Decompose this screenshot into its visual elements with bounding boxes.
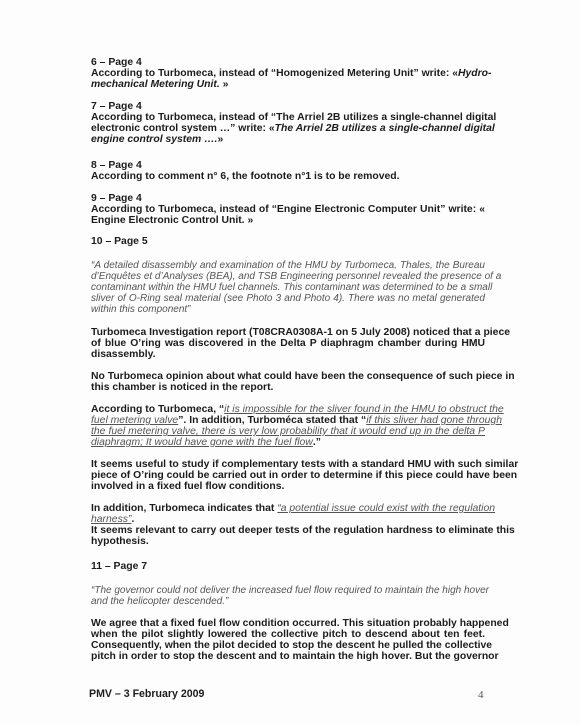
paragraph-investigation-report: Turbomeca Investigation report (T08CRA03… (91, 327, 485, 360)
document-page: 6 – Page 4 According to Turbomeca, inste… (0, 0, 580, 725)
section-heading-8: 8 – Page 4 (91, 160, 142, 171)
section-body-8: According to comment n° 6, the footnote … (91, 171, 485, 182)
section-heading-6: 6 – Page 4 (91, 57, 142, 68)
section-heading-9: 9 – Page 4 (91, 193, 142, 204)
section-heading-10: 10 – Page 5 (91, 236, 148, 247)
section-body-7: According to Turbomeca, instead of “The … (91, 112, 485, 145)
paragraph-no-opinion: No Turbomeca opinion about what could ha… (91, 371, 485, 393)
section-heading-7: 7 – Page 4 (91, 101, 142, 112)
section-body-9: According to Turbomeca, instead of “Engi… (91, 204, 485, 226)
paragraph-regulation-harness: In addition, Turbomeca indicates that “a… (91, 503, 485, 547)
paragraph-complementary-tests: It seems useful to study if complementar… (91, 459, 485, 492)
footer-author-date: PMV – 3 February 2009 (89, 688, 204, 700)
section-body-6: According to Turbomeca, instead of “Homo… (91, 68, 485, 90)
quote-governor: “The governor could not deliver the incr… (91, 585, 485, 607)
paragraph-fixed-fuel-flow: We agree that a fixed fuel flow conditio… (91, 618, 485, 662)
page-number: 4 (478, 689, 484, 701)
section-heading-11: 11 – Page 7 (91, 561, 147, 572)
paragraph-turbomeca-statement: According to Turbomeca, “it is impossibl… (91, 404, 485, 448)
quote-hmu-examination: “A detailed disassembly and examination … (91, 260, 485, 315)
